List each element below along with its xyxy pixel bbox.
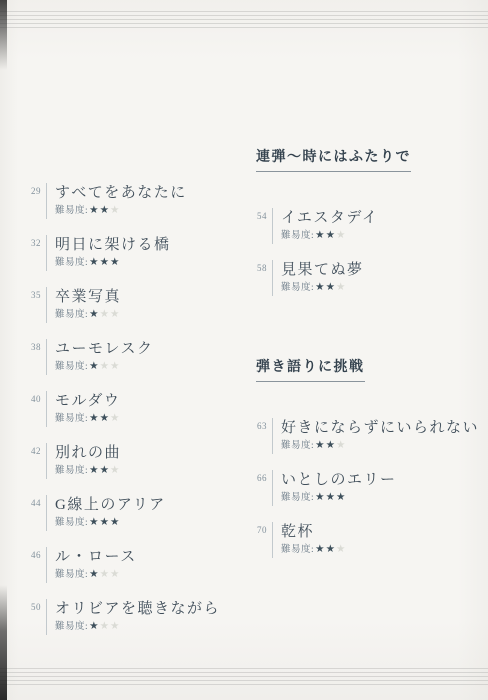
difficulty-label: 難易度: [55,258,88,268]
scan-shadow-bottom-left [0,585,7,700]
toc-entry: 32 明日に架ける橋 難易度:★★★ [24,235,244,271]
star-filled-icon: ★ [326,282,336,293]
entry-body: イエスタデイ 難易度:★★★ [272,208,378,244]
entry-title: 明日に架ける橋 [55,235,171,255]
entry-difficulty: 難易度:★★★ [55,204,187,218]
entry-page-number: 66 [250,470,267,483]
entry-difficulty: 難易度:★★★ [55,360,154,374]
star-filled-icon: ★ [100,517,110,528]
entry-title: ル・ロース [55,547,137,567]
star-filled-icon: ★ [100,465,110,476]
star-faint-icon: ★ [100,309,110,320]
star-filled-icon: ★ [100,257,110,268]
difficulty-label: 難易度: [55,414,88,424]
star-faint-icon: ★ [110,205,120,216]
star-filled-icon: ★ [110,257,120,268]
entry-body: 卒業写真 難易度:★★★ [46,287,121,323]
star-filled-icon: ★ [89,413,99,424]
star-filled-icon: ★ [89,621,99,632]
section-header: 連弾～時にはふたりで [256,146,411,172]
entry-title: 見果てぬ夢 [281,260,364,280]
star-filled-icon: ★ [315,230,325,241]
difficulty-stars: ★★★ [89,569,120,580]
entry-body: すべてをあなたに 難易度:★★★ [46,183,187,219]
entry-difficulty: 難易度:★★★ [55,568,137,582]
star-filled-icon: ★ [326,440,336,451]
toc-entry: 50 オリビアを聴きながら 難易度:★★★ [24,599,244,635]
toc-entry: 40 モルダウ 難易度:★★★ [24,391,244,427]
entry-body: 好きにならずにいられない 難易度:★★★ [272,418,479,454]
star-faint-icon: ★ [110,309,120,320]
star-faint-icon: ★ [110,621,120,632]
entry-difficulty: 難易度:★★★ [281,229,378,243]
difficulty-label: 難易度: [55,206,88,216]
entry-page-number: 63 [250,418,267,431]
star-faint-icon: ★ [100,621,110,632]
difficulty-label: 難易度: [281,441,314,451]
entry-body: モルダウ 難易度:★★★ [46,391,120,427]
entry-page-number: 32 [24,235,41,248]
star-faint-icon: ★ [100,569,110,580]
toc-right-column: 連弾～時にはふたりで 54 イエスタデイ 難易度:★★★ 58 見果てぬ夢 難易… [250,146,476,574]
star-faint-icon: ★ [336,230,346,241]
entry-page-number: 42 [24,443,41,456]
entry-page-number: 58 [250,260,267,273]
difficulty-label: 難易度: [55,622,88,632]
difficulty-label: 難易度: [281,545,314,555]
entry-page-number: 40 [24,391,41,404]
star-filled-icon: ★ [89,569,99,580]
entry-difficulty: 難易度:★★★ [281,439,479,453]
star-filled-icon: ★ [315,282,325,293]
star-faint-icon: ★ [110,361,120,372]
difficulty-label: 難易度: [55,570,88,580]
entry-difficulty: 難易度:★★★ [55,620,220,634]
star-filled-icon: ★ [100,205,110,216]
difficulty-stars: ★★★ [315,282,346,293]
entry-difficulty: 難易度:★★★ [281,281,364,295]
difficulty-label: 難易度: [55,310,88,320]
star-faint-icon: ★ [336,544,346,555]
entry-difficulty: 難易度:★★★ [281,543,346,557]
star-filled-icon: ★ [315,544,325,555]
star-faint-icon: ★ [110,569,120,580]
difficulty-label: 難易度: [55,466,88,476]
star-filled-icon: ★ [315,440,325,451]
entry-title: すべてをあなたに [55,183,187,203]
difficulty-stars: ★★★ [89,413,120,424]
toc-left-column: 29 すべてをあなたに 難易度:★★★ 32 明日に架ける橋 難易度:★★★ 3… [24,183,244,651]
entry-title: G線上のアリア [55,495,166,515]
star-filled-icon: ★ [89,257,99,268]
difficulty-stars: ★★★ [89,621,120,632]
entry-difficulty: 難易度:★★★ [55,412,120,426]
entry-page-number: 70 [250,522,267,535]
entry-page-number: 46 [24,547,41,560]
entry-body: 別れの曲 難易度:★★★ [46,443,121,479]
toc-entry: 58 見果てぬ夢 難易度:★★★ [250,260,476,296]
entry-body: ル・ロース 難易度:★★★ [46,547,137,583]
entry-title: 別れの曲 [55,443,121,463]
entry-difficulty: 難易度:★★★ [281,491,397,505]
toc-entry: 42 別れの曲 難易度:★★★ [24,443,244,479]
entry-difficulty: 難易度:★★★ [55,516,166,530]
entry-title: イエスタデイ [281,208,378,228]
toc-entry: 70 乾杯 難易度:★★★ [250,522,476,558]
scan-shadow-top-left [0,0,7,70]
star-faint-icon: ★ [336,282,346,293]
difficulty-stars: ★★★ [315,440,346,451]
difficulty-label: 難易度: [55,518,88,528]
difficulty-stars: ★★★ [89,361,120,372]
star-filled-icon: ★ [89,309,99,320]
star-filled-icon: ★ [89,517,99,528]
difficulty-label: 難易度: [55,362,88,372]
entry-page-number: 35 [24,287,41,300]
difficulty-stars: ★★★ [315,230,346,241]
entry-title: オリビアを聴きながら [55,599,220,619]
toc-section-1: 連弾～時にはふたりで 54 イエスタデイ 難易度:★★★ 58 見果てぬ夢 難易… [250,146,476,296]
entry-difficulty: 難易度:★★★ [55,464,121,478]
entry-title: 好きにならずにいられない [281,418,479,438]
entry-body: いとしのエリー 難易度:★★★ [272,470,397,506]
star-filled-icon: ★ [326,544,336,555]
difficulty-stars: ★★★ [89,309,120,320]
star-faint-icon: ★ [336,440,346,451]
star-filled-icon: ★ [326,230,336,241]
difficulty-label: 難易度: [281,231,314,241]
toc-section-2: 弾き語りに挑戦 63 好きにならずにいられない 難易度:★★★ 66 いとしのエ… [250,356,476,558]
toc-entry: 63 好きにならずにいられない 難易度:★★★ [250,418,476,454]
difficulty-stars: ★★★ [315,544,346,555]
star-filled-icon: ★ [110,517,120,528]
star-filled-icon: ★ [100,413,110,424]
entry-title: 卒業写真 [55,287,121,307]
entry-page-number: 44 [24,495,41,508]
toc-entry: 46 ル・ロース 難易度:★★★ [24,547,244,583]
entry-body: 明日に架ける橋 難易度:★★★ [46,235,171,271]
star-filled-icon: ★ [315,492,325,503]
entry-title: ユーモレスク [55,339,154,359]
entry-body: オリビアを聴きながら 難易度:★★★ [46,599,220,635]
entry-title: いとしのエリー [281,470,397,490]
toc-entry: 35 卒業写真 難易度:★★★ [24,287,244,323]
entry-difficulty: 難易度:★★★ [55,308,121,322]
entry-page-number: 54 [250,208,267,221]
difficulty-label: 難易度: [281,493,314,503]
toc-entry: 29 すべてをあなたに 難易度:★★★ [24,183,244,219]
entry-title: モルダウ [55,391,120,411]
top-staff-lines-decoration [0,11,488,28]
star-faint-icon: ★ [110,465,120,476]
toc-entry: 54 イエスタデイ 難易度:★★★ [250,208,476,244]
star-filled-icon: ★ [336,492,346,503]
entry-difficulty: 難易度:★★★ [55,256,171,270]
toc-entry: 66 いとしのエリー 難易度:★★★ [250,470,476,506]
entry-page-number: 38 [24,339,41,352]
section-header: 弾き語りに挑戦 [256,356,365,382]
difficulty-stars: ★★★ [89,517,120,528]
star-filled-icon: ★ [89,205,99,216]
difficulty-stars: ★★★ [89,205,120,216]
entry-body: G線上のアリア 難易度:★★★ [46,495,166,531]
entry-title: 乾杯 [281,522,346,542]
entry-body: 乾杯 難易度:★★★ [272,522,346,558]
star-filled-icon: ★ [326,492,336,503]
difficulty-stars: ★★★ [89,465,120,476]
star-filled-icon: ★ [89,361,99,372]
entry-body: 見果てぬ夢 難易度:★★★ [272,260,364,296]
difficulty-stars: ★★★ [89,257,120,268]
entry-body: ユーモレスク 難易度:★★★ [46,339,154,375]
entry-page-number: 50 [24,599,41,612]
entry-page-number: 29 [24,183,41,196]
difficulty-label: 難易度: [281,283,314,293]
star-faint-icon: ★ [110,413,120,424]
bottom-staff-lines-decoration [0,668,488,685]
toc-entry: 44 G線上のアリア 難易度:★★★ [24,495,244,531]
star-filled-icon: ★ [89,465,99,476]
difficulty-stars: ★★★ [315,492,346,503]
star-faint-icon: ★ [100,361,110,372]
toc-entry: 38 ユーモレスク 難易度:★★★ [24,339,244,375]
